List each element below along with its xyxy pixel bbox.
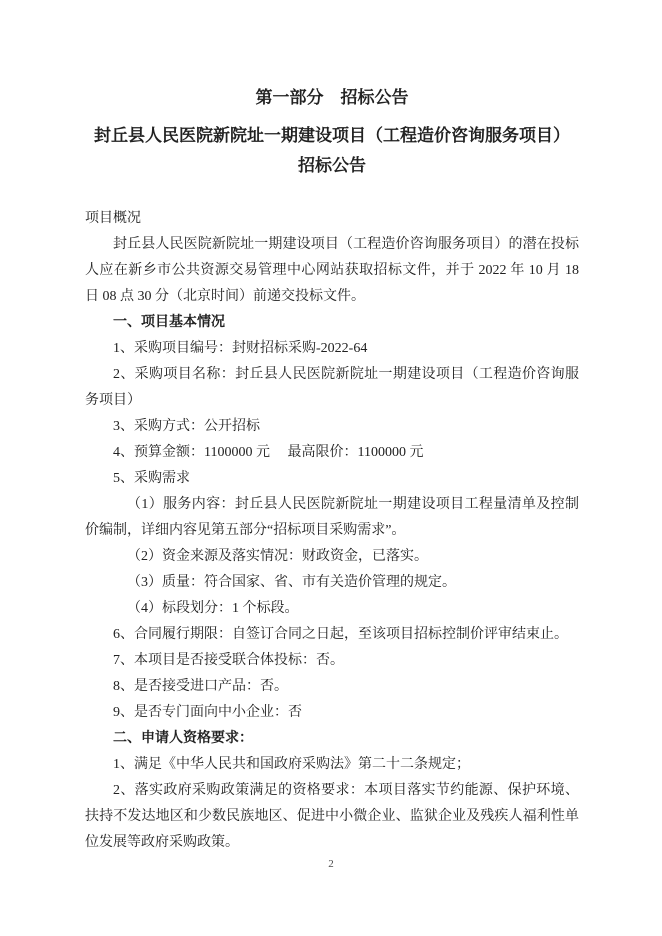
item-5-procurement-demand: 5、采购需求 <box>85 466 579 492</box>
item-3-procurement-method: 3、采购方式：公开招标 <box>85 414 579 440</box>
qualification-item-2: 2、落实政府采购政策满足的资格要求：本项目落实节约能源、保护环境、扶持不发达地区… <box>85 778 579 856</box>
document-title-line-1: 封丘县人民医院新院址一期建设项目（工程造价咨询服务项目） <box>85 121 579 151</box>
item-2-project-name: 2、采购项目名称：封丘县人民医院新院址一期建设项目（工程造价咨询服务项目） <box>85 362 579 414</box>
subitem-3-quality: （3）质量：符合国家、省、市有关造价管理的规定。 <box>85 570 579 596</box>
item-6-contract-period: 6、合同履行期限：自签订合同之日起，至该项目招标控制价评审结束止。 <box>85 622 579 648</box>
page-number: 2 <box>0 858 662 870</box>
item-8-imported-products: 8、是否接受进口产品：否。 <box>85 674 579 700</box>
document-title-line-2: 招标公告 <box>85 151 579 181</box>
subitem-2-fund-source: （2）资金来源及落实情况：财政资金，已落实。 <box>85 544 579 570</box>
heading-section-2-applicant-qualifications: 二、申请人资格要求： <box>85 726 579 752</box>
qualification-item-1: 1、满足《中华人民共和国政府采购法》第二十二条规定； <box>85 752 579 778</box>
document-title: 封丘县人民医院新院址一期建设项目（工程造价咨询服务项目） 招标公告 <box>85 121 579 181</box>
subitem-4-bid-sections: （4）标段划分：1 个标段。 <box>85 596 579 622</box>
subitem-1-service-content: （1）服务内容：封丘县人民医院新院址一期建设项目工程量清单及控制价编制，详细内容… <box>85 492 579 544</box>
heading-section-1-basic-info: 一、项目基本情况 <box>85 310 579 336</box>
item-4-budget-and-price-cap: 4、预算金额：1100000 元 最高限价：1100000 元 <box>85 440 579 466</box>
item-1-project-number: 1、采购项目编号：封财招标采购-2022-64 <box>85 336 579 362</box>
item-9-sme-oriented: 9、是否专门面向中小企业：否 <box>85 700 579 726</box>
part-title: 第一部分 招标公告 <box>85 87 579 108</box>
project-overview-heading: 项目概况 <box>85 206 579 232</box>
document-page: 第一部分 招标公告 封丘县人民医院新院址一期建设项目（工程造价咨询服务项目） 招… <box>0 0 662 936</box>
item-7-consortium-bidding: 7、本项目是否接受联合体投标：否。 <box>85 648 579 674</box>
project-overview-text: 封丘县人民医院新院址一期建设项目（工程造价咨询服务项目）的潜在投标人应在新乡市公… <box>85 232 579 310</box>
